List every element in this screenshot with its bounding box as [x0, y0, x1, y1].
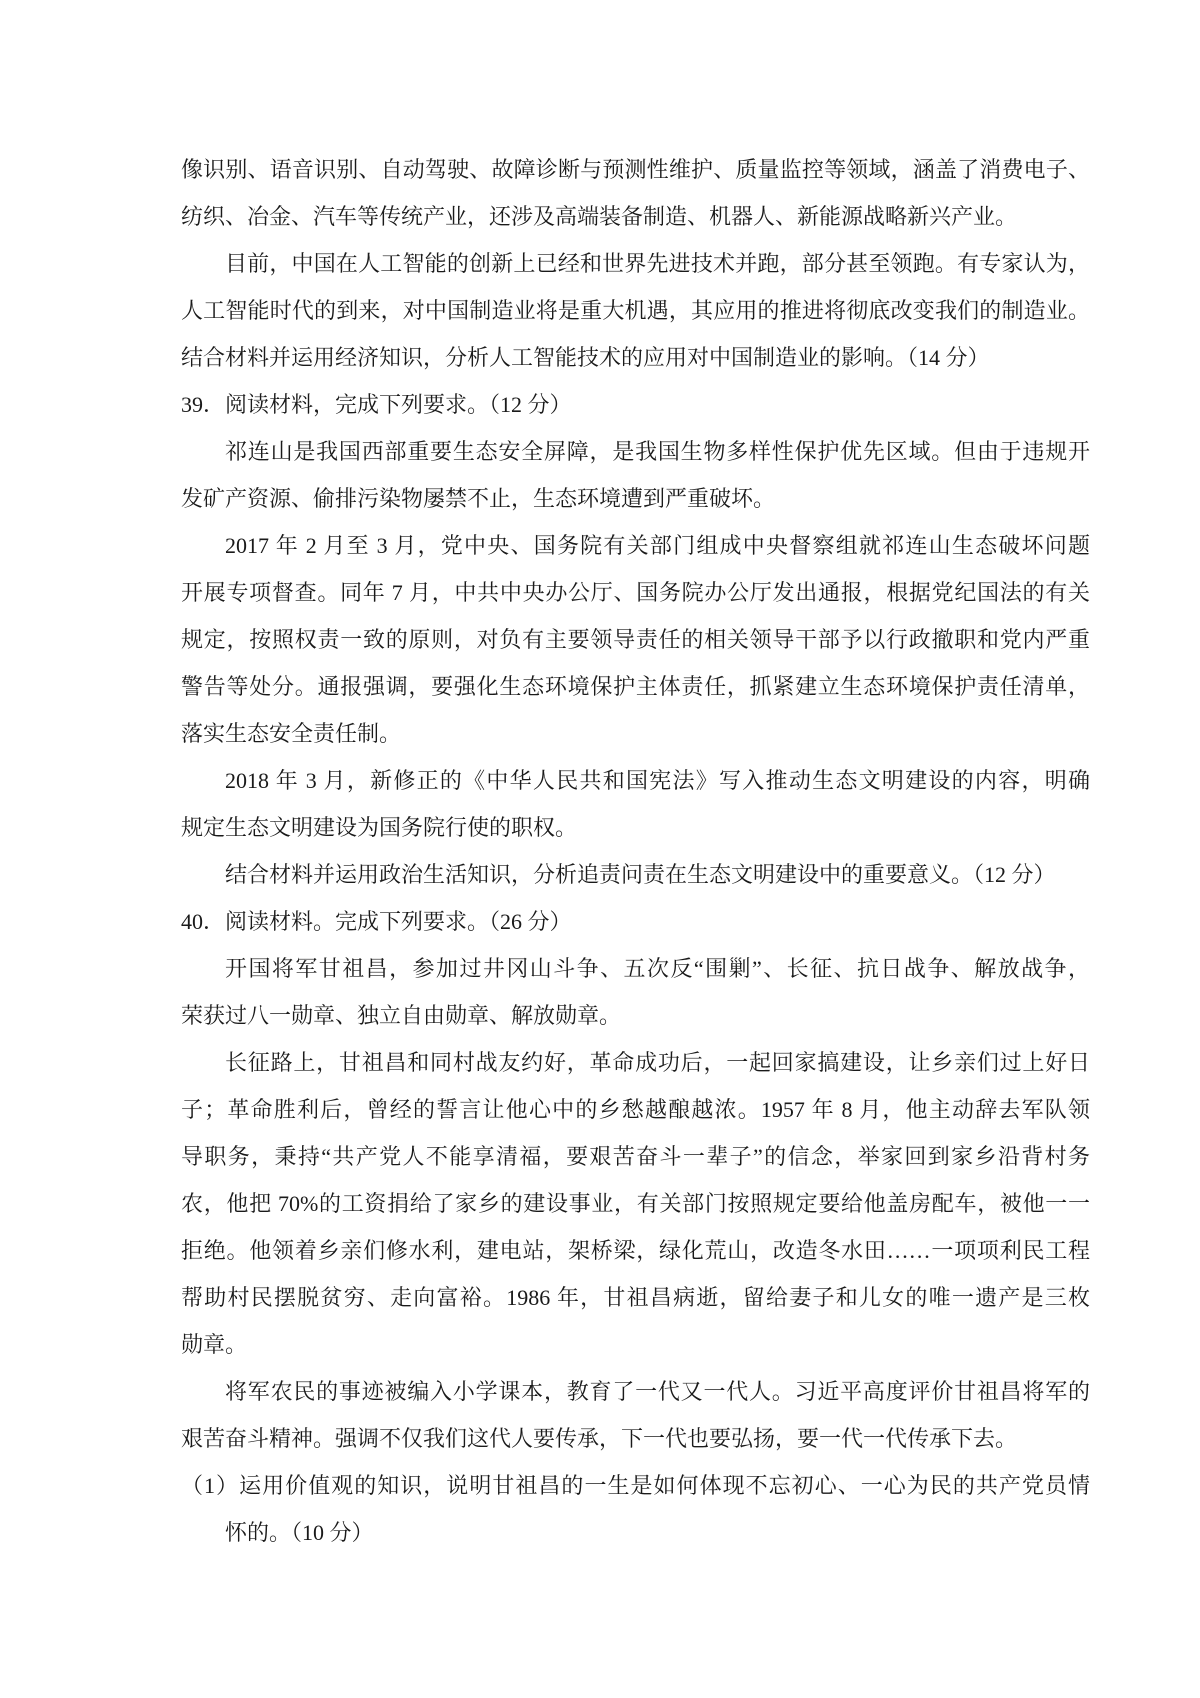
text-line: 艰苦奋斗精神。强调不仅我们这代人要传承，下一代也要弘扬，要一代一代传承下去。 [181, 1415, 1090, 1462]
question-40-heading: 40．阅读材料。完成下列要求。（26 分） [181, 898, 1090, 945]
text-line: 规定生态文明建设为国务院行使的职权。 [181, 804, 1090, 851]
text-line: 勋章。 [181, 1321, 1090, 1368]
text-line: 开国将军甘祖昌，参加过井冈山斗争、五次反“围剿”、长征、抗日战争、解放战争， [181, 945, 1090, 992]
question-40-sub1: （1）运用价值观的知识，说明甘祖昌的一生是如何体现不忘初心、一心为民的共产党员情 [181, 1462, 1090, 1509]
text-line: 拒绝。他领着乡亲们修水利，建电站，架桥梁，绿化荒山，改造冬水田……一项项利民工程 [181, 1227, 1090, 1274]
document-body: 像识别、语音识别、自动驾驶、故障诊断与预测性维护、质量监控等领域，涵盖了消费电子… [181, 146, 1090, 1556]
question-38-task: 结合材料并运用经济知识，分析人工智能技术的应用对中国制造业的影响。（14 分） [181, 334, 1090, 381]
text-line: 目前，中国在人工智能的创新上已经和世界先进技术并跑，部分甚至领跑。有专家认为， [181, 240, 1090, 287]
text-line: 规定，按照权责一致的原则，对负有主要领导责任的相关领导干部予以行政撤职和党内严重 [181, 616, 1090, 663]
text-line: 警告等处分。通报强调，要强化生态环境保护主体责任，抓紧建立生态环境保护责任清单， [181, 663, 1090, 710]
question-39-heading: 39．阅读材料，完成下列要求。（12 分） [181, 381, 1090, 428]
text-line: 帮助村民摆脱贫穷、走向富裕。1986 年，甘祖昌病逝，留给妻子和儿女的唯一遗产是… [181, 1274, 1090, 1321]
text-line: 将军农民的事迹被编入小学课本，教育了一代又一代人。习近平高度评价甘祖昌将军的 [181, 1368, 1090, 1415]
text-line: 像识别、语音识别、自动驾驶、故障诊断与预测性维护、质量监控等领域，涵盖了消费电子… [181, 146, 1090, 193]
text-line: 长征路上，甘祖昌和同村战友约好，革命成功后，一起回家搞建设，让乡亲们过上好日 [181, 1039, 1090, 1086]
question-39-task: 结合材料并运用政治生活知识，分析追责问责在生态文明建设中的重要意义。（12 分） [181, 851, 1090, 898]
text-line: 荣获过八一勋章、独立自由勋章、解放勋章。 [181, 992, 1090, 1039]
text-line: 祁连山是我国西部重要生态安全屏障，是我国生物多样性保护优先区域。但由于违规开 [181, 428, 1090, 475]
text-line: 人工智能时代的到来，对中国制造业将是重大机遇，其应用的推进将彻底改变我们的制造业… [181, 287, 1090, 334]
question-40-sub1-cont: 怀的。（10 分） [181, 1509, 1090, 1556]
text-line: 子；革命胜利后，曾经的誓言让他心中的乡愁越酿越浓。1957 年 8 月，他主动辞… [181, 1086, 1090, 1133]
text-line: 纺织、冶金、汽车等传统产业，还涉及高端装备制造、机器人、新能源战略新兴产业。 [181, 193, 1090, 240]
text-line: 农，他把 70%的工资捐给了家乡的建设事业，有关部门按照规定要给他盖房配车，被他… [181, 1180, 1090, 1227]
text-line: 发矿产资源、偷排污染物屡禁不止，生态环境遭到严重破坏。 [181, 475, 1090, 522]
document-page: 像识别、语音识别、自动驾驶、故障诊断与预测性维护、质量监控等领域，涵盖了消费电子… [0, 0, 1200, 1698]
text-line: 导职务，秉持“共产党人不能享清福，要艰苦奋斗一辈子”的信念，举家回到家乡沿背村务 [181, 1133, 1090, 1180]
text-line: 开展专项督查。同年 7 月，中共中央办公厅、国务院办公厅发出通报，根据党纪国法的… [181, 569, 1090, 616]
text-line: 2018 年 3 月，新修正的《中华人民共和国宪法》写入推动生态文明建设的内容，… [181, 757, 1090, 804]
text-line: 落实生态安全责任制。 [181, 710, 1090, 757]
text-line: 2017 年 2 月至 3 月，党中央、国务院有关部门组成中央督察组就祁连山生态… [181, 522, 1090, 569]
